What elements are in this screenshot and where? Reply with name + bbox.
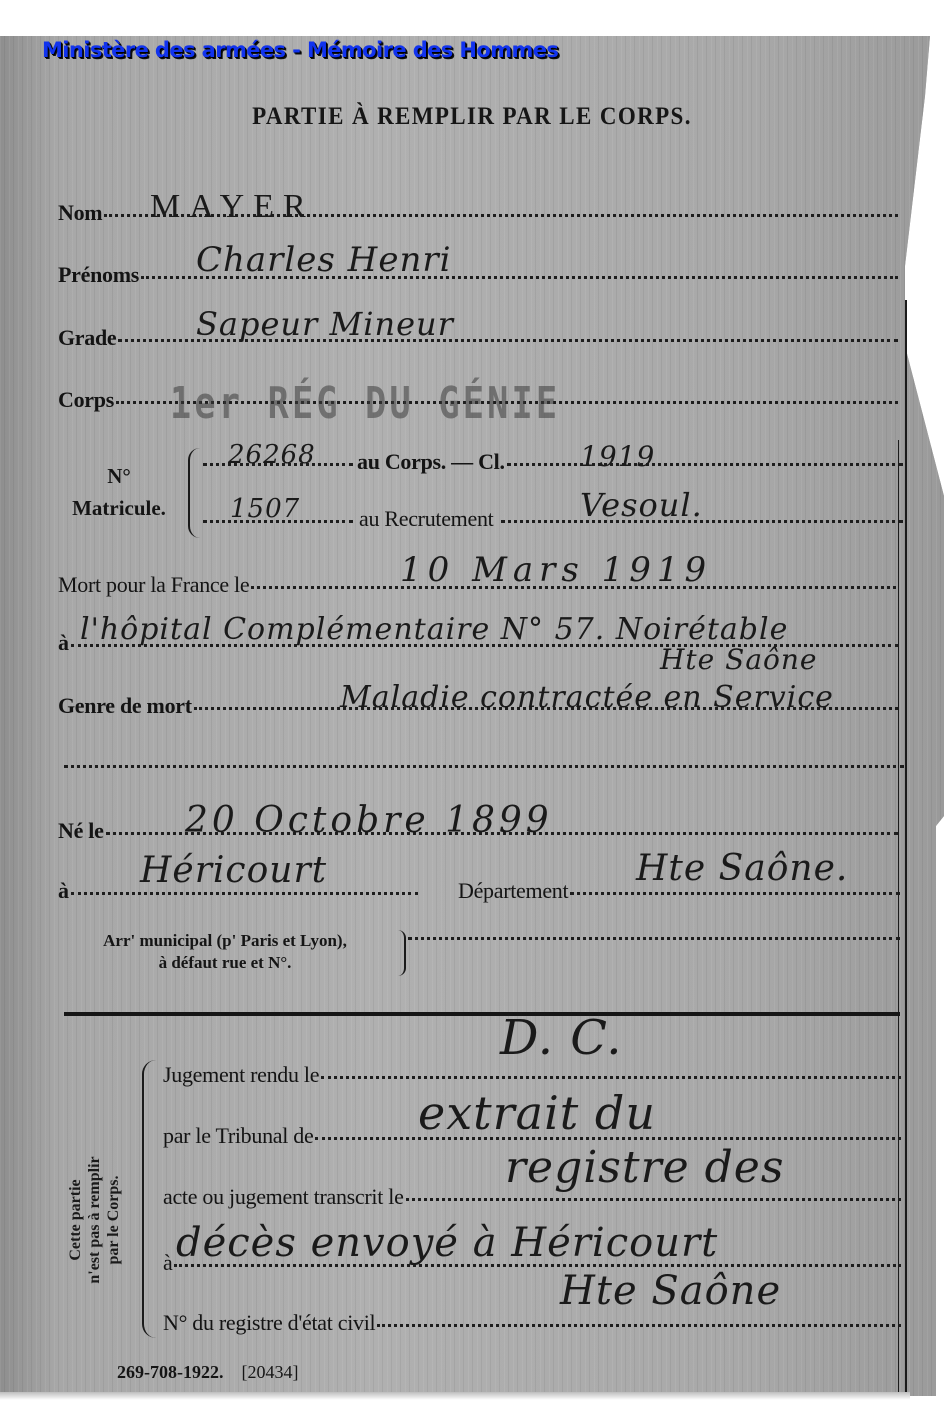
matricule-label: N° Matricule. <box>60 460 178 524</box>
print-code: 269-708-1922. <box>117 1362 224 1382</box>
departement-dotted-line <box>570 892 900 895</box>
matricule-recrutement-label: au Recrutement <box>359 506 493 532</box>
grade-label: Grade <box>58 325 116 351</box>
field-grade: Grade <box>58 325 898 351</box>
nom-label: Nom <box>58 200 102 226</box>
transcrit-a-label: à <box>163 1250 172 1276</box>
arrondissement-brace <box>398 930 406 976</box>
blank-dotted-line <box>64 765 904 768</box>
transcrit-dotted-line <box>406 1198 901 1201</box>
ne-le-value: 20 Octobre 1899 <box>185 800 553 841</box>
matricule-corps-number: 26268 <box>228 440 316 470</box>
arrondissement-label-line2: à défaut rue et N°. <box>60 952 390 974</box>
side-note-line3: par le Corps. <box>104 1120 123 1320</box>
side-note-line2: n'est pas à remplir <box>85 1120 104 1320</box>
arrondissement-dotted-line <box>408 937 900 940</box>
jugement-rendu-dotted-line <box>321 1076 901 1079</box>
nom-value: MAYER <box>150 188 315 226</box>
mort-le-label: Mort pour la France le <box>58 572 249 598</box>
print-reference: 269-708-1922.[20434] <box>117 1362 299 1383</box>
transcrit-value: registre des <box>505 1142 784 1193</box>
ne-a-label: à <box>58 878 69 904</box>
departement-label: Département <box>458 878 568 904</box>
side-note: Cette partie n'est pas à remplir par le … <box>66 1120 123 1320</box>
mort-a-value: l'hôpital Complémentaire N° 57. Noirétab… <box>80 612 788 647</box>
matricule-label-no: N° <box>60 460 178 492</box>
matricule-classe: 1919 <box>580 440 655 473</box>
matricule-brace <box>188 448 204 538</box>
judgment-brace <box>142 1060 158 1338</box>
field-matricule-recrutement: au Recrutement <box>203 506 903 532</box>
arrondissement-label-line1: Arr' municipal (p' Paris et Lyon), <box>60 930 390 952</box>
ne-le-label: Né le <box>58 818 104 844</box>
mort-a-label: à <box>58 630 69 656</box>
ne-a-dotted-line <box>71 892 418 895</box>
jugement-rendu-label: Jugement rendu le <box>163 1062 319 1088</box>
field-registre: N° du registre d'état civil <box>163 1310 901 1336</box>
mort-le-value: 10 Mars 1919 <box>400 550 712 590</box>
matricule-recrutement-value: Vesoul. <box>580 486 703 524</box>
ne-a-value: Héricourt <box>140 850 327 891</box>
corps-stamp: 1er RÉG DU GÉNIE <box>170 378 560 429</box>
field-prenoms: Prénoms <box>58 262 898 288</box>
mort-a-annotation: Hte Saône <box>660 643 817 676</box>
genre-de-mort-label: Genre de mort <box>58 693 192 719</box>
jugement-rendu-value: D. C. <box>500 1010 623 1066</box>
matricule-classe-dots <box>507 463 903 466</box>
extra-dotted-line <box>64 768 904 771</box>
genre-de-mort-value: Maladie contractée en Service <box>340 680 834 715</box>
side-note-line1: Cette partie <box>66 1120 85 1320</box>
form-title: PARTIE À REMPLIR PAR LE CORPS. <box>38 103 906 131</box>
prenoms-label: Prénoms <box>58 262 139 288</box>
print-ref-number: [20434] <box>242 1362 299 1382</box>
arrondissement-label: Arr' municipal (p' Paris et Lyon), à déf… <box>60 930 390 974</box>
registre-value: Hte Saône <box>560 1268 781 1314</box>
paper-edge <box>0 1392 910 1400</box>
prenoms-value: Charles Henri <box>196 240 451 280</box>
tribunal-value: extrait du <box>418 1086 656 1140</box>
registre-dotted-line <box>377 1324 901 1327</box>
watermark: Ministère des armées - Mémoire des Homme… <box>42 38 558 62</box>
transcrit-a-value: décès envoyé à Héricourt <box>176 1220 718 1266</box>
tribunal-label: par le Tribunal de <box>163 1123 313 1149</box>
matricule-corps-label: au Corps. — Cl. <box>357 449 505 475</box>
section-separator <box>64 1012 900 1016</box>
field-arrondissement <box>408 940 900 943</box>
corps-label: Corps <box>58 387 114 413</box>
right-frame-line-outer <box>905 300 907 1392</box>
registre-label: N° du registre d'état civil <box>163 1310 375 1336</box>
grade-value: Sapeur Mineur <box>196 305 454 343</box>
matricule-label-text: Matricule. <box>60 492 178 524</box>
departement-value: Hte Saône. <box>636 848 848 889</box>
transcrit-label: acte ou jugement transcrit le <box>163 1184 404 1210</box>
matricule-recrutement-number: 1507 <box>230 494 300 524</box>
